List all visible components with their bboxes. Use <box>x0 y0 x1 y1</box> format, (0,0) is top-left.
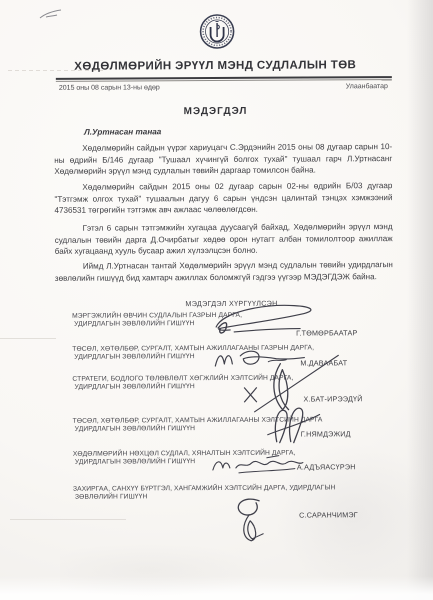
delivered-heading: МЭДЭГДЭЛ ХҮРГҮҮЛСЭН <box>30 298 433 309</box>
signatory-title-line: УДИРДЛАГЫН ЗӨВЛӨЛИЙН ГИШҮҮН <box>72 383 344 393</box>
signatory-name: М.ДАВААБАТ <box>300 358 347 367</box>
org-emblem-icon <box>198 13 235 50</box>
addressee: Л.Уртнасан танаа <box>84 127 161 136</box>
paragraph: Гэтэл 6 сарын тэтгэмжийн хугацаа дуусааг… <box>55 221 393 258</box>
signatory-title: МЭРГЭЖЛИЙН ӨВЧИН СУДЛАЛЫН ГАЗРЫН ДАРГА, … <box>72 311 344 329</box>
scanned-document-page: ХӨДӨЛМӨРИЙН ЭРҮҮЛ МЭНД СУДЛАЛЫН ТӨВ 2015… <box>0 0 433 600</box>
signatory-name: Х.БАТ-ИРЭЭДҮЙ <box>303 394 362 403</box>
signatory-title: ЗАХИРГАА, САНХҮҮ БҮРТГЭЛ, ХАНГАМЖИЙН ХЭЛ… <box>73 484 345 502</box>
signature-scribble <box>225 494 279 546</box>
document-city: Улаанбаатар <box>346 83 388 90</box>
signatory-title-line: ЗАХИРГАА, САНХҮҮ БҮРТГЭЛ, ХАНГАМЖИЙН ХЭЛ… <box>73 484 345 494</box>
paragraph: Иймд Л.Уртнасан тантай Хөдөлмөрийн эрүүл… <box>55 259 393 284</box>
document-date: 2015 оны 08 сарын 13-ны өдөр <box>59 84 160 92</box>
date-row: 2015 оны 08 сарын 13-ны өдөр Улаанбаатар <box>59 83 388 92</box>
signatory-name: С.САРАНЧИМЭГ <box>299 510 358 519</box>
signatory-name: Г.ТӨМӨРБААТАР <box>296 328 357 337</box>
signatory-name: Г.НЯМДЭЖИД <box>301 429 351 438</box>
document-content: ХӨДӨЛМӨРИЙН ЭРҮҮЛ МЭНД СУДЛАЛЫН ТӨВ 2015… <box>0 0 433 600</box>
document-title: МЭДЭГДЭЛ <box>0 105 432 118</box>
paragraph: Хөдөлмөрийн сайдын 2015 оны 02 дугаар са… <box>54 180 392 217</box>
signatory-title-line: ТӨСӨЛ, ХӨТӨЛБӨР, СУРГАЛТ, ХАМТЫН АЖИЛЛАГ… <box>72 344 344 354</box>
signatory-name: А.АДЪЯАСҮРЭН <box>297 462 356 471</box>
signatory-title: СТРАТЕГИ, БОДЛОГО ТӨЛӨВЛӨЛТ ХӨГЖЛИЙН ХЭЛ… <box>72 374 344 392</box>
signatory-title-line: ТӨСӨЛ, ХӨТӨЛБӨР, СУРГАЛТ, ХАМТЫН АЖИЛЛАГ… <box>73 416 345 426</box>
org-name: ХӨДӨЛМӨРИЙН ЭРҮҮЛ МЭНД СУДЛАЛЫН ТӨВ <box>0 59 432 73</box>
header-rule <box>56 76 392 80</box>
signatory-title-line: ЗӨВЛӨЛИЙН ГИШҮҮН <box>73 493 345 503</box>
paragraph: Хөдөлмөрийн сайдын үүрэг хариуцагч С.Эрд… <box>54 141 392 178</box>
